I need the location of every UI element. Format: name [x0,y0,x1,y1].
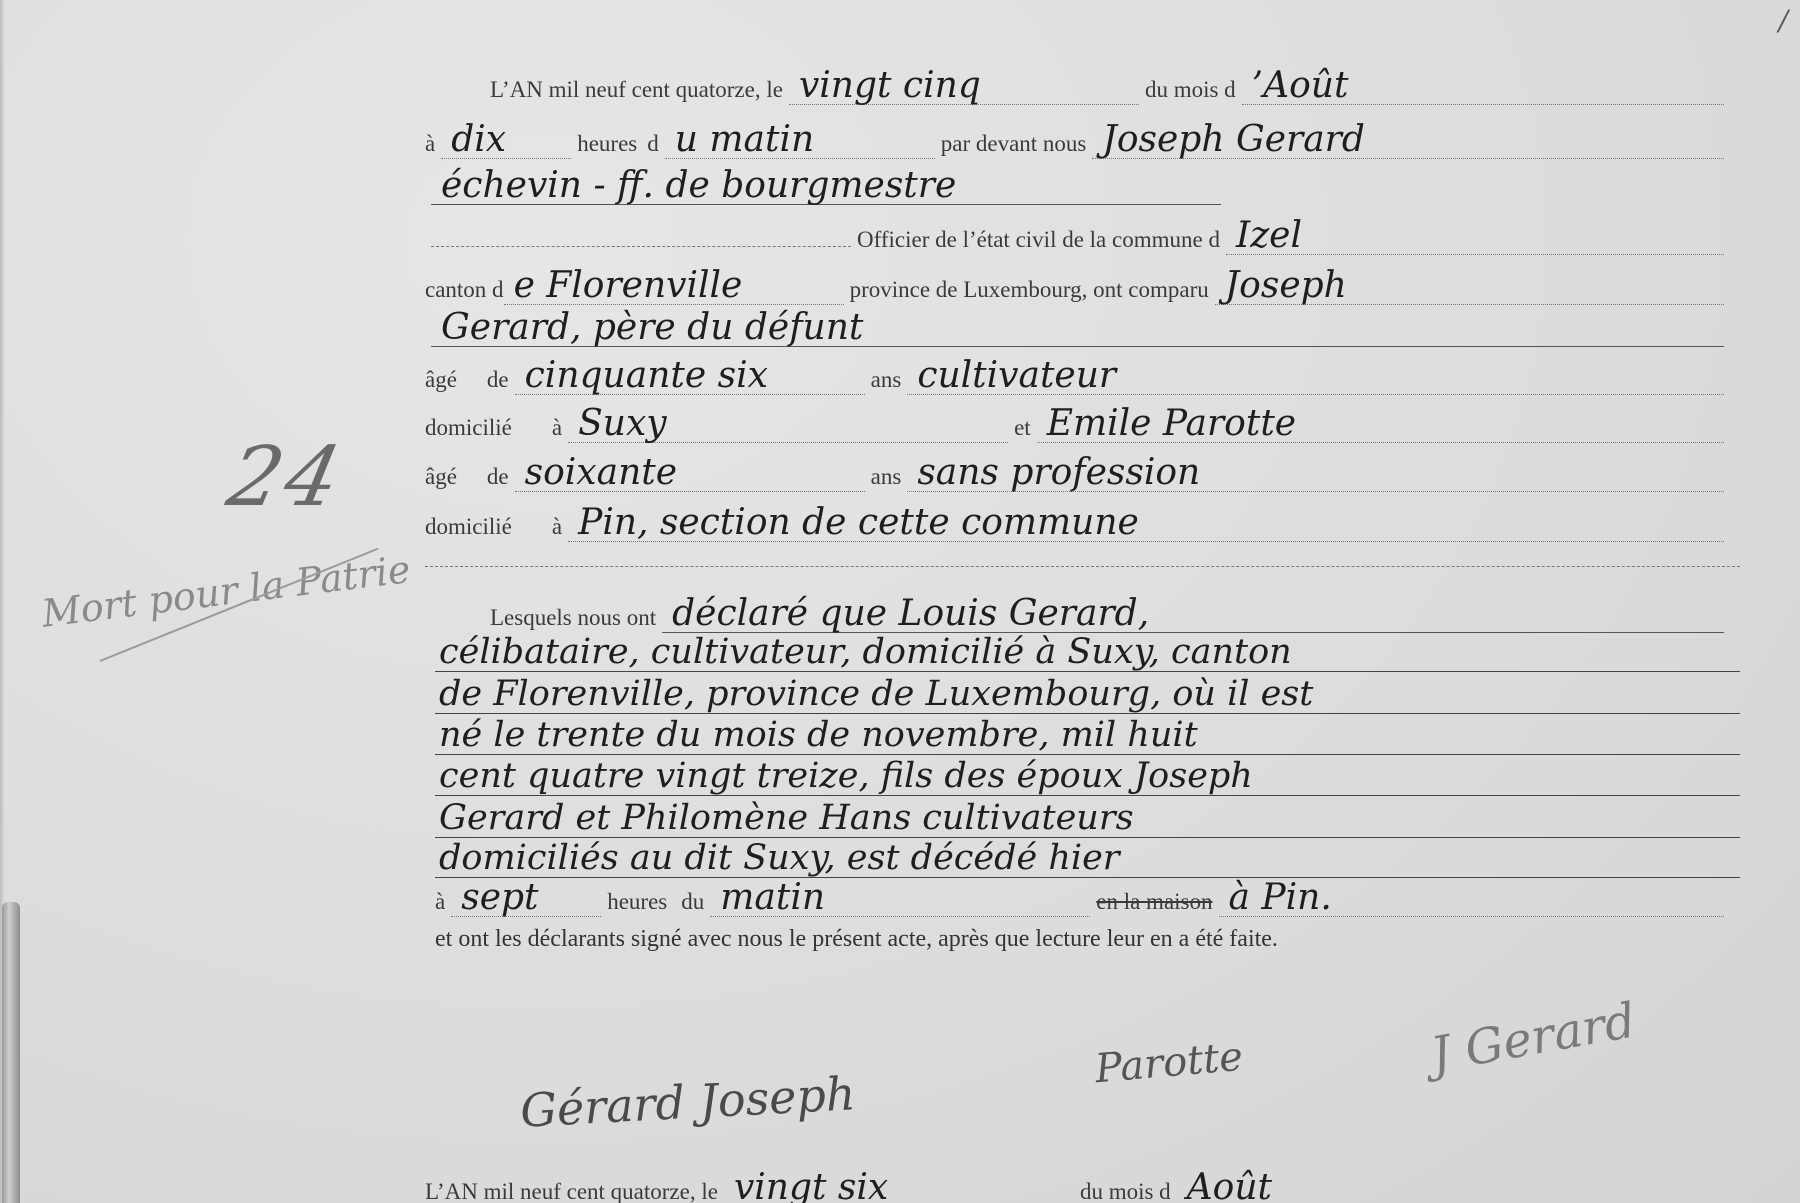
struck-text: en la maison [1096,889,1212,915]
declaration-line-5: cent quatre vingt treize, fils des époux… [435,758,1740,796]
printed-text: ans [871,464,902,490]
declarant1-first-field: Joseph [1215,268,1724,305]
printed-text: domicilié [425,514,512,540]
printed-text: de [487,464,509,490]
corner-mark: / [1779,4,1788,37]
printed-text: Officier de l’état civil de la commune d [857,227,1220,253]
printed-text: de [487,367,509,393]
printed-text: heures [607,889,667,915]
residence2-field: Pin, section de cette commune [568,505,1724,542]
line-death-time: à sept heures du matin en la maison à Pi… [435,880,1730,917]
line-age2: âgé de soixante ans sans profession [425,455,1730,492]
printed-text: domicilié [425,415,512,441]
commune-field: Izel [1226,218,1724,255]
line-declaration-start: Lesquels nous ont déclaré que Louis Gera… [490,596,1730,633]
closing-statement: et ont les déclarants signé avec nous le… [435,926,1278,953]
declaration-line-2: célibataire, cultivateur, domicilié à Su… [435,634,1740,672]
day-field: vingt cinq [789,68,1139,105]
month-field: ’Août [1242,68,1724,105]
canton-field: e Florenville [504,268,844,305]
declaration-line-4: né le trente du mois de novembre, mil hu… [435,717,1740,755]
printed-text: du [681,889,704,915]
printed-text: L’AN mil neuf cent quatorze, le [425,1179,718,1203]
printed-text: à [552,415,562,441]
printed-text: par devant nous [941,131,1087,157]
printed-text: heures [577,131,637,157]
printed-text: province de Luxembourg, ont comparu [850,277,1209,303]
printed-text: du mois d [1145,77,1236,103]
hour-field: dix [441,122,571,159]
line-date: L’AN mil neuf cent quatorze, le vingt ci… [490,68,1730,105]
binding-thread [2,902,20,1203]
printed-text: d [647,131,659,157]
printed-text: Lesquels nous ont [490,605,656,631]
next-day-field: vingt six [724,1170,1074,1203]
declarant1-rest-field: Gerard, père du défunt [431,310,1724,347]
declarant2-field: Emile Parotte [1037,406,1724,443]
line-canton: canton d e Florenville province de Luxem… [425,268,1730,305]
next-month-field: Août [1177,1170,1734,1203]
officer-name-field: Joseph Gerard [1092,122,1724,159]
age1-field: cinquante six [515,358,865,395]
printed-text: âgé [425,464,457,490]
residence1-field: Suxy [568,406,1008,443]
printed-text: à [425,131,435,157]
printed-text: à [435,889,445,915]
printed-text: à [552,514,562,540]
line-officer-title: échevin - ff. de bourgmestre [425,168,1730,205]
printed-text: âgé [425,367,457,393]
printed-text: du mois d [1080,1179,1171,1203]
occupation2-field: sans profession [907,455,1724,492]
death-place-field: à Pin. [1219,880,1725,917]
signature-declarant2: Parotte [1093,1034,1244,1093]
line-residence2: domicilié à Pin, section de cette commun… [425,505,1730,542]
line-hour: à dix heures d u matin par devant nous J… [425,122,1730,159]
declaration-line-7: domiciliés au dit Suxy, est décédé hier [435,840,1740,878]
signature-officer: J Gerard [1427,992,1640,1083]
line-residence1: domicilié à Suxy et Emile Parotte [425,406,1730,443]
printed-text: L’AN mil neuf cent quatorze, le [490,77,783,103]
line-age1: âgé de cinquante six ans cultivateur [425,358,1730,395]
blank-field [431,246,851,247]
civil-record-page: / 24 Mort pour la Patrie L’AN mil neuf c… [0,0,1800,1203]
period-field: u matin [665,122,935,159]
declaration-line-3: de Florenville, province de Luxembourg, … [435,676,1740,714]
occupation1-field: cultivateur [907,358,1724,395]
line-declarant1: Gerard, père du défunt [425,310,1730,347]
printed-text: canton d [425,277,504,303]
printed-text: et [1014,415,1031,441]
line-commune: Officier de l’état civil de la commune d… [425,218,1730,255]
declaration-line-1: déclaré que Louis Gerard, [662,596,1724,633]
act-number: 24 [220,430,353,525]
death-hour-field: sept [451,880,601,917]
printed-text: ans [871,367,902,393]
signature-declarant1: Gérard Joseph [519,1066,857,1137]
age2-field: soixante [515,455,865,492]
separator-rule [425,566,1740,567]
margin-annotation: Mort pour la Patrie [39,547,412,636]
officer-title-field: échevin - ff. de bourgmestre [431,168,1221,205]
death-period-field: matin [710,880,1090,917]
declaration-line-6: Gerard et Philomène Hans cultivateurs [435,800,1740,838]
next-entry-partial: L’AN mil neuf cent quatorze, le vingt si… [425,1170,1740,1203]
